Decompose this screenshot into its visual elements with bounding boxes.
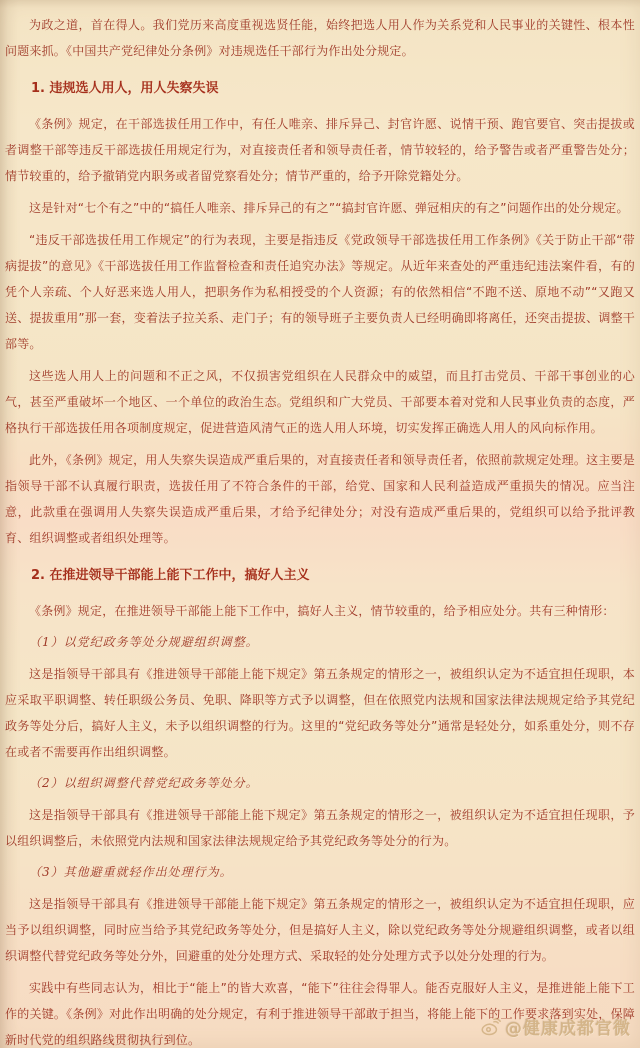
paragraph-violation-forms: “违反干部选拔任用工作规定”的行为表现，主要是指违反《党政领导干部选拔任用工作条… [5,227,635,357]
weibo-handle: @健康成都官微 [505,1014,631,1039]
weibo-icon [480,1017,502,1037]
paragraph-intro: 为政之道，首在得人。我们党历来高度重视选贤任能，始终把选人用人作为关系党和人民事… [5,12,635,64]
paragraph-three-cases: 《条例》规定，在推进领导干部能上能下工作中，搞好人主义，情节较重的，给予相应处分… [5,598,635,624]
document-page: 为政之道，首在得人。我们党历来高度重视选贤任能，始终把选人用人作为关系党和人民事… [0,0,640,1048]
section-1-heading: 1. 违规选人用人，用人失察失误 [5,77,635,101]
paragraph-harm-analysis: 这些选人用人上的问题和不正之风，不仅损害党组织在人民群众中的威望，而且打击党员、… [5,363,635,441]
section-2-heading: 2. 在推进领导干部能上能下工作中，搞好人主义 [5,564,635,588]
case-item-1: （1）以党纪政务等处分规避组织调整。 [5,630,635,655]
case-item-2: （2）以组织调整代替党纪政务等处分。 [5,771,635,796]
paragraph-case-2-detail: 这是指领导干部具有《推进领导干部能上能下规定》第五条规定的情形之一，被组织认定为… [5,802,635,854]
paragraph-seven-haves: 这是针对“七个有之”中的“搞任人唯亲、排斥异己的有之”“搞封官许愿、弹冠相庆的有… [5,195,635,221]
article-body: 为政之道，首在得人。我们党历来高度重视选贤任能，始终把选人用人作为关系党和人民事… [5,12,635,1048]
paragraph-rule-selection: 《条例》规定，在干部选拔任用工作中，有任人唯亲、排斥异己、封官许愿、说情干预、跑… [5,111,635,189]
paragraph-case-1-detail: 这是指领导干部具有《推进领导干部能上能下规定》第五条规定的情形之一，被组织认定为… [5,661,635,765]
case-item-3: （3）其他避重就轻作出处理行为。 [5,860,635,885]
weibo-watermark: @健康成都官微 [480,1014,631,1039]
paragraph-negligence-rule: 此外，《条例》规定，用人失察失误造成严重后果的，对直接责任者和领导责任者，依照前… [5,447,635,551]
paragraph-case-3-detail: 这是指领导干部具有《推进领导干部能上能下规定》第五条规定的情形之一，被组织认定为… [5,891,635,969]
